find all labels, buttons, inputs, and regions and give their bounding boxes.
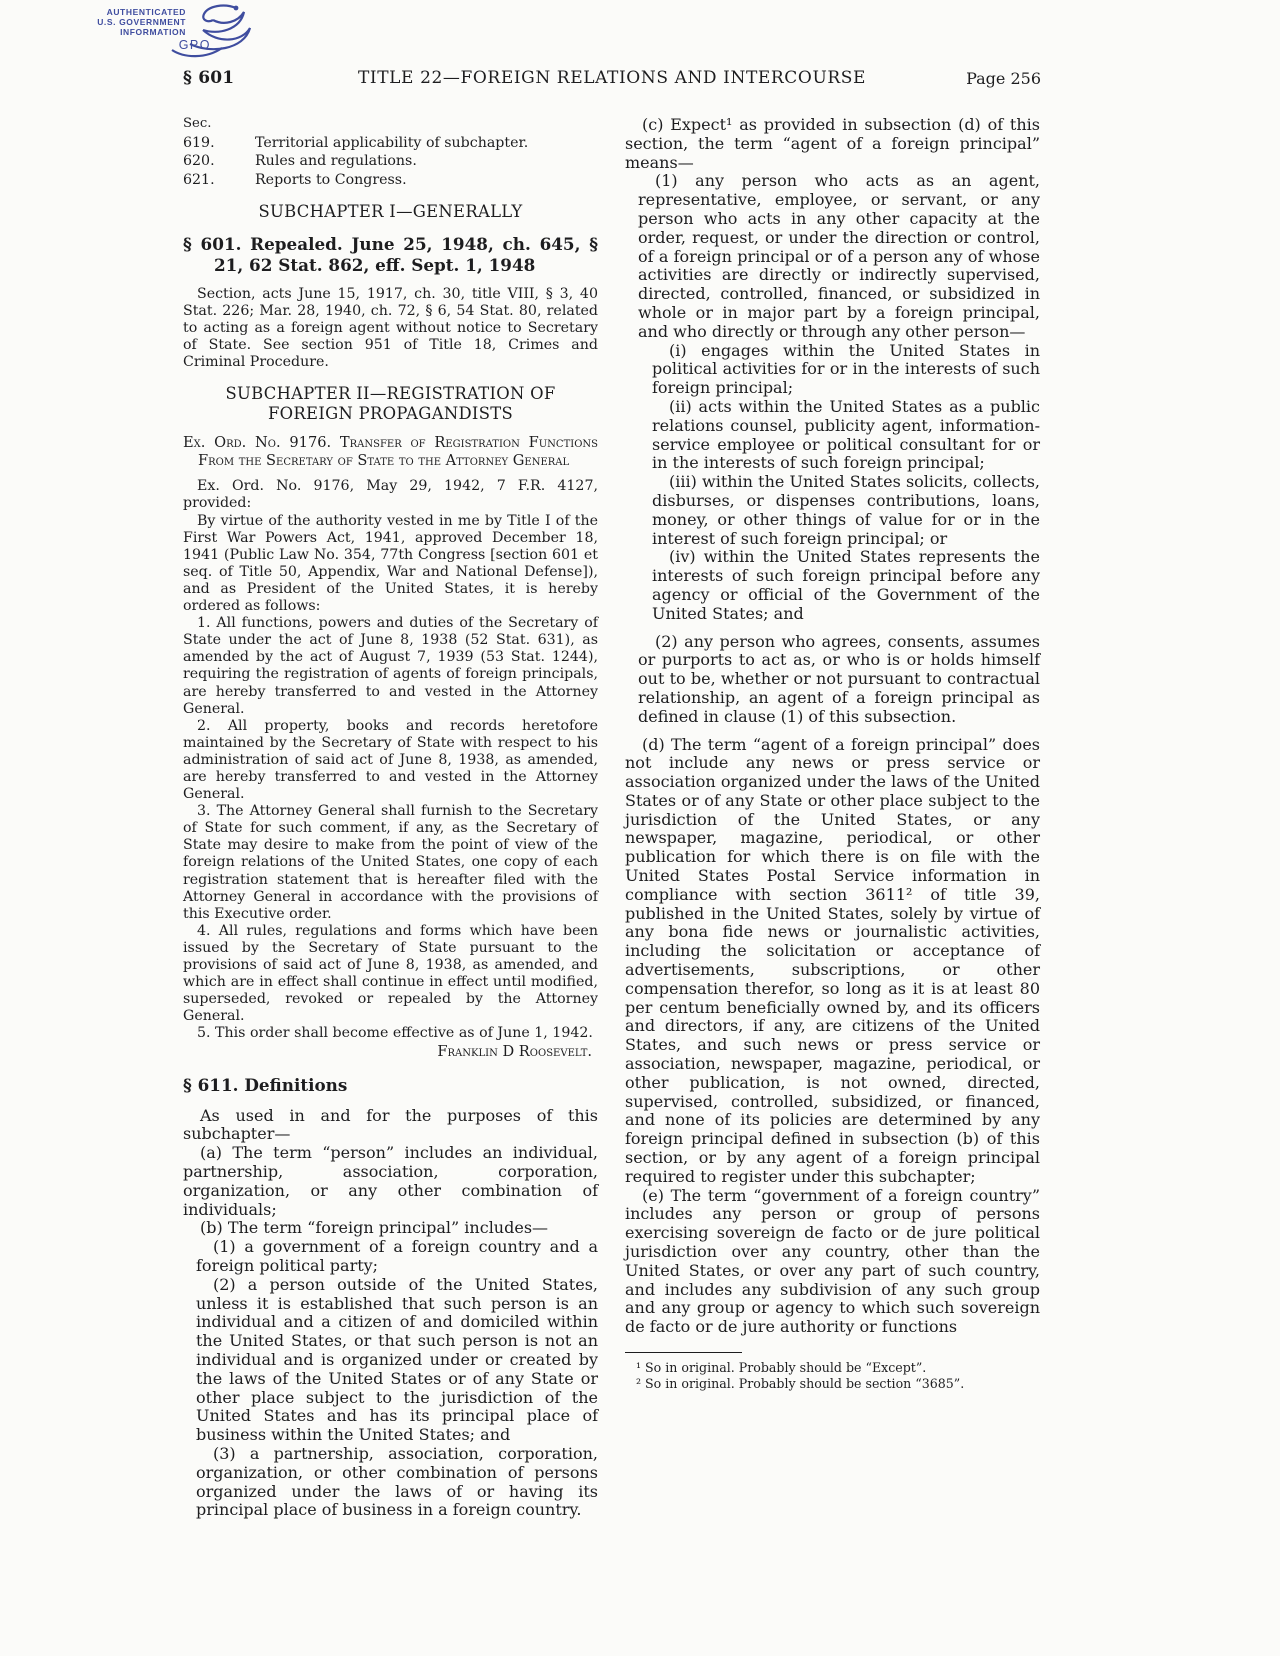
definition-c-clause-1-iv: (iv) within the United States represents… — [652, 548, 1040, 623]
toc-title: Rules and regulations. — [255, 152, 598, 170]
page-header: § 601 TITLE 22—FOREIGN RELATIONS AND INT… — [183, 68, 1041, 94]
logo-line-us-government: U.S. GOVERNMENT — [97, 17, 186, 27]
page-body: Sec. 619. Territorial applicability of s… — [183, 116, 1041, 1520]
definition-b-clause-2: (2) a person outside of the United State… — [196, 1276, 598, 1445]
definition-c-clause-1-i: (i) engages within the United States in … — [652, 342, 1040, 398]
definition-c-clause-1-iii: (iii) within the United States solicits,… — [652, 473, 1040, 548]
subchapter-1-heading: SUBCHAPTER I—GENERALLY — [183, 202, 598, 222]
definition-c: (c) Expect¹ as provided in subsection (d… — [625, 116, 1040, 172]
executive-order-paragraph-1: 1. All functions, powers and duties of t… — [183, 615, 598, 718]
definition-b-clause-3: (3) a partnership, association, corporat… — [196, 1445, 598, 1520]
executive-order-paragraph-5: 5. This order shall become effective as … — [183, 1025, 598, 1042]
section-611-intro: As used in and for the purposes of this … — [183, 1107, 598, 1145]
toc-row: 619. Territorial applicability of subcha… — [183, 134, 598, 152]
toc-number: 620. — [183, 152, 255, 170]
definition-a: (a) The term “person” includes an indivi… — [183, 1144, 598, 1219]
toc-label: Sec. — [183, 116, 598, 132]
toc-row: 620. Rules and regulations. — [183, 152, 598, 170]
header-page-number: Page 256 — [966, 69, 1041, 88]
executive-order-paragraph-3: 3. The Attorney General shall furnish to… — [183, 803, 598, 923]
toc-title: Reports to Congress. — [255, 171, 598, 189]
eagle-head — [234, 6, 239, 11]
section-601-repeal-note: Section, acts June 15, 1917, ch. 30, tit… — [183, 286, 598, 371]
section-601-heading: § 601. Repealed. June 25, 1948, ch. 645,… — [183, 234, 598, 276]
gpo-authentication-seal: AUTHENTICATED U.S. GOVERNMENT INFORMATIO… — [86, 2, 276, 66]
definition-c-clause-2: (2) any person who agrees, consents, ass… — [638, 633, 1040, 727]
executive-order-intro: Ex. Ord. No. 9176, May 29, 1942, 7 F.R. … — [183, 478, 598, 512]
section-611-heading: § 611. Definitions — [183, 1075, 598, 1096]
definition-e: (e) The term “government of a foreign co… — [625, 1187, 1040, 1337]
footnote-2: ² So in original. Probably should be sec… — [625, 1376, 1040, 1392]
subchapter-2-heading: SUBCHAPTER II—REGISTRATION OF FOREIGN PR… — [183, 384, 598, 423]
footnote-divider — [625, 1352, 742, 1353]
logo-line-information: INFORMATION — [120, 27, 186, 37]
definition-c-clause-1: (1) any person who acts as an agent, rep… — [638, 172, 1040, 341]
toc-row: 621. Reports to Congress. — [183, 171, 598, 189]
definition-b: (b) The term “foreign principal” include… — [183, 1219, 598, 1238]
toc-number: 621. — [183, 171, 255, 189]
toc-number: 619. — [183, 134, 255, 152]
definition-d: (d) The term “agent of a foreign princip… — [625, 736, 1040, 1187]
executive-order-paragraph-2: 2. All property, books and records heret… — [183, 718, 598, 803]
header-title: TITLE 22—FOREIGN RELATIONS AND INTERCOUR… — [183, 68, 1041, 88]
left-column: Sec. 619. Territorial applicability of s… — [183, 116, 598, 1520]
logo-line-authenticated: AUTHENTICATED — [107, 7, 186, 17]
definition-b-clause-1: (1) a government of a foreign country an… — [196, 1238, 598, 1276]
executive-order-paragraph-4: 4. All rules, regulations and forms whic… — [183, 923, 598, 1026]
toc-title: Territorial applicability of subchapter. — [255, 134, 598, 152]
gpo-eagle-graphic: AUTHENTICATED U.S. GOVERNMENT INFORMATIO… — [86, 2, 276, 66]
executive-order-heading: Ex. Ord. No. 9176. Transfer of Registrat… — [183, 434, 598, 469]
executive-order-paragraph: By virtue of the authority vested in me … — [183, 513, 598, 616]
footnote-1: ¹ So in original. Probably should be “Ex… — [625, 1360, 1040, 1376]
document-page: AUTHENTICATED U.S. GOVERNMENT INFORMATIO… — [0, 0, 1280, 1656]
right-column: (c) Expect¹ as provided in subsection (d… — [625, 116, 1040, 1520]
signature-roosevelt: Franklin D Roosevelt. — [183, 1043, 598, 1060]
definition-c-clause-1-ii: (ii) acts within the United States as a … — [652, 398, 1040, 473]
